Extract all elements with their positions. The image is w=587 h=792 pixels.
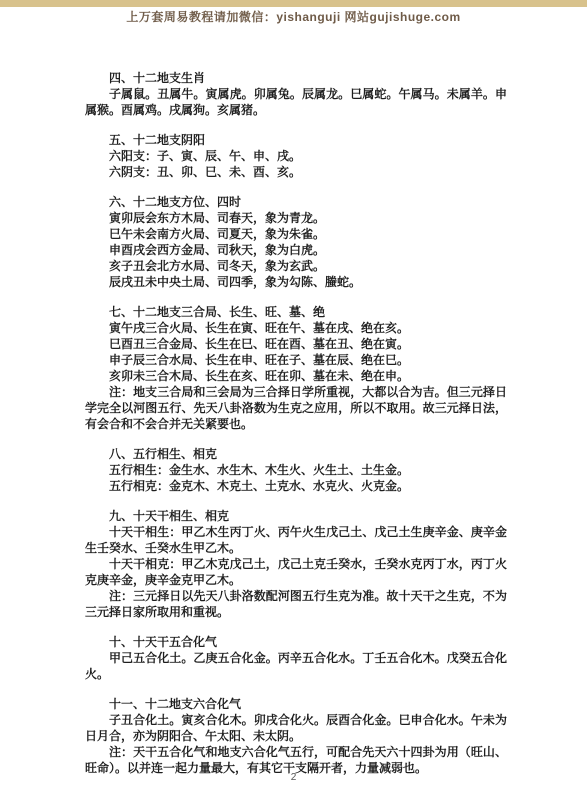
document-section: 七、十二地支三合局、长生、旺、墓、绝寅午戌三合火局、长生在寅、旺在午、墓在戌、绝… <box>85 304 507 432</box>
section-title: 八、五行相生、相克 <box>85 446 507 462</box>
section-title: 四、十二地支生肖 <box>85 70 507 86</box>
document-body: 四、十二地支生肖子属鼠。丑属牛。寅属虎。卯属兔。辰属龙。巳属蛇。午属马。未属羊。… <box>85 70 507 790</box>
paragraph: 五行相生：金生水、水生木、木生火、火生土、土生金。 <box>85 462 507 478</box>
section-title: 九、十天干相生、相克 <box>85 508 507 524</box>
paragraph: 子属鼠。丑属牛。寅属虎。卯属兔。辰属龙。巳属蛇。午属马。未属羊。申属猴。酉属鸡。… <box>85 86 507 118</box>
paragraph: 巳酉丑三合金局、长生在巳、旺在酉、墓在丑、绝在寅。 <box>85 336 507 352</box>
section-title: 五、十二地支阴阳 <box>85 132 507 148</box>
document-section: 十、十天干五合化气甲己五合化土。乙庚五合化金。丙辛五合化水。丁壬五合化木。戊癸五… <box>85 634 507 682</box>
paragraph: 巳午未会南方火局、司夏天，象为朱雀。 <box>85 226 507 242</box>
paragraph: 甲己五合化土。乙庚五合化金。丙辛五合化水。丁壬五合化木。戊癸五合化火。 <box>85 650 507 682</box>
scanned-page: 上万套周易教程请加微信：yishanguji 网站gujishuge.com 四… <box>0 0 587 792</box>
paragraph: 六阴支：丑、卯、巳、未、酉、亥。 <box>85 164 507 180</box>
document-section: 五、十二地支阴阳六阳支：子、寅、辰、午、申、戌。六阴支：丑、卯、巳、未、酉、亥。 <box>85 132 507 180</box>
section-title: 七、十二地支三合局、长生、旺、墓、绝 <box>85 304 507 320</box>
document-section: 十一、十二地支六合化气子丑合化土。寅亥合化木。卯戌合化火。辰酉合化金。巳申合化水… <box>85 696 507 776</box>
section-title: 十、十天干五合化气 <box>85 634 507 650</box>
document-section: 四、十二地支生肖子属鼠。丑属牛。寅属虎。卯属兔。辰属龙。巳属蛇。午属马。未属羊。… <box>85 70 507 118</box>
header-bar <box>0 0 587 7</box>
paragraph: 申子辰三合水局、长生在申、旺在子、墓在辰、绝在巳。 <box>85 352 507 368</box>
paragraph: 十天干相克：甲乙木克戊己土，戊己土克壬癸水，壬癸水克丙丁水，丙丁火克庚辛金，庚辛… <box>85 556 507 588</box>
page-number: 2 <box>0 772 587 783</box>
paragraph: 亥卯未三合木局、长生在亥、旺在卯、墓在未、绝在申。 <box>85 368 507 384</box>
document-section: 六、十二地支方位、四时寅卯辰会东方木局、司春天，象为青龙。巳午未会南方火局、司夏… <box>85 194 507 290</box>
paragraph: 寅午戌三合火局、长生在寅、旺在午、墓在戌、绝在亥。 <box>85 320 507 336</box>
paragraph: 注：地支三合局和三会局为三合择日学所重视，大都以合为吉。但三元择日学完全以河图五… <box>85 384 507 432</box>
document-section: 八、五行相生、相克五行相生：金生水、水生木、木生火、火生土、土生金。五行相克：金… <box>85 446 507 494</box>
paragraph: 注：三元择日以先天八卦洛数配河图五行生克为准。故十天干之生克，不为三元择日家所取… <box>85 588 507 620</box>
paragraph: 子丑合化土。寅亥合化木。卯戌合化火。辰酉合化金。巳申合化水。午未为日月合，亦为阴… <box>85 712 507 744</box>
paragraph: 辰戌丑未中央土局、司四季，象为勾陈、螣蛇。 <box>85 274 507 290</box>
paragraph: 十天干相生：甲乙木生丙丁火、丙午火生戊己土、戊己土生庚辛金、庚辛金生壬癸水、壬癸… <box>85 524 507 556</box>
paragraph: 寅卯辰会东方木局、司春天，象为青龙。 <box>85 210 507 226</box>
document-section: 九、十天干相生、相克十天干相生：甲乙木生丙丁火、丙午火生戊己土、戊己土生庚辛金、… <box>85 508 507 620</box>
paragraph: 亥子丑会北方水局、司冬天，象为玄武。 <box>85 258 507 274</box>
paragraph: 申酉戌会西方金局、司秋天，象为白虎。 <box>85 242 507 258</box>
watermark-header-text: 上万套周易教程请加微信：yishanguji 网站gujishuge.com <box>0 8 587 25</box>
paragraph: 五行相克：金克木、木克土、土克水、水克火、火克金。 <box>85 478 507 494</box>
paragraph: 六阳支：子、寅、辰、午、申、戌。 <box>85 148 507 164</box>
section-title: 十一、十二地支六合化气 <box>85 696 507 712</box>
section-title: 六、十二地支方位、四时 <box>85 194 507 210</box>
